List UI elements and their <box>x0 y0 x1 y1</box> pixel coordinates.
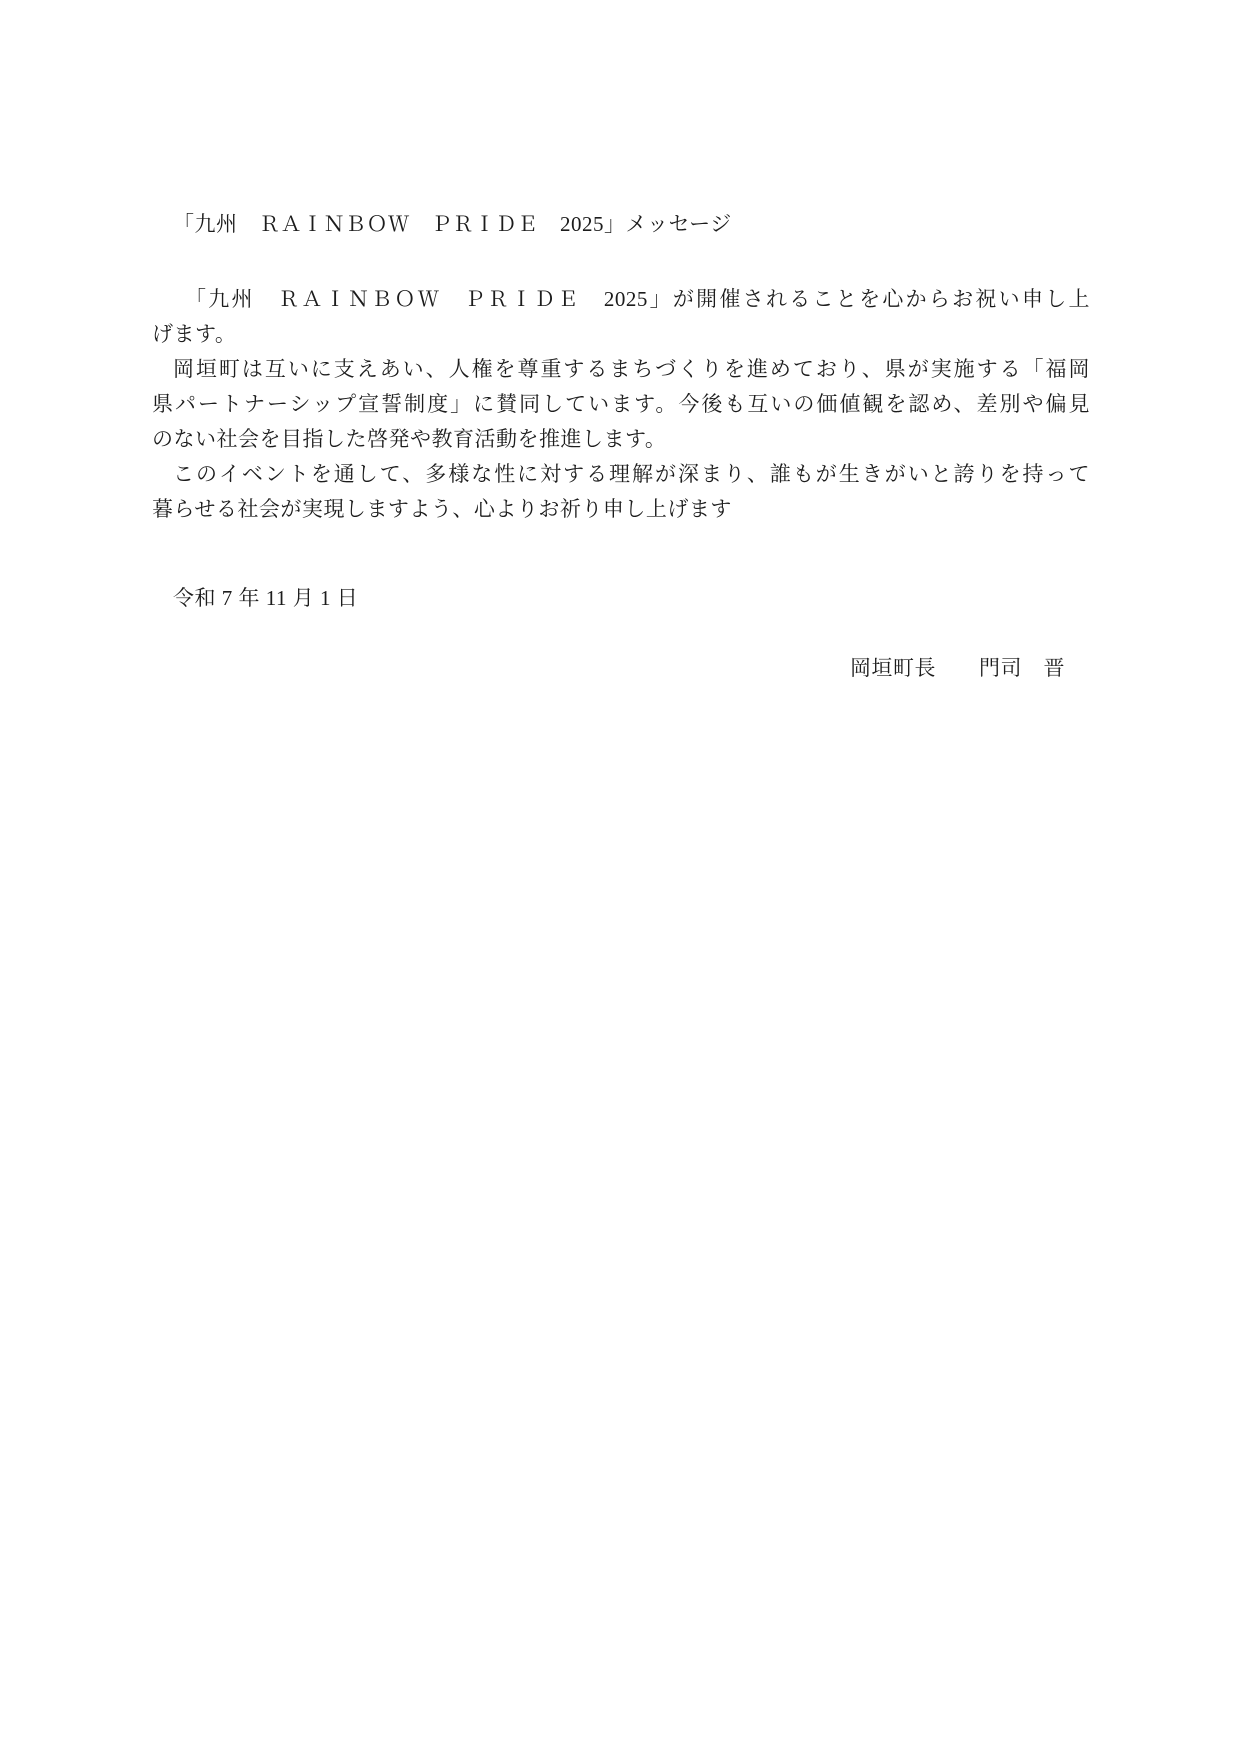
body-line-2: げます。 <box>152 317 1090 352</box>
body-line-7: 暮らせる社会が実現しますよう、心よりお祈り申し上げます <box>152 492 1090 527</box>
letter-page: 「九州 ＲＡＩＮＢＯＷ ＰＲＩＤＥ 2025」メッセージ 「九州 ＲＡＩＮＢＯＷ… <box>0 0 1241 1755</box>
body-line-4: 県パートナーシップ宣誓制度」に賛同しています。今後も互いの価値観を認め、差別や偏… <box>152 387 1090 422</box>
date-line: 令和 7 年 11 月 1 日 <box>152 581 1090 616</box>
letter-body: 「九州 ＲＡＩＮＢＯＷ ＰＲＩＤＥ 2025」が開催されることを心からお祝い申し… <box>152 282 1090 527</box>
body-line-6: このイベントを通して、多様な性に対する理解が深まり、誰もが生きがいと誇りを持って <box>152 457 1090 492</box>
body-line-3: 岡垣町は互いに支えあい、人権を尊重するまちづくりを進めており、県が実施する「福岡 <box>152 352 1090 387</box>
body-line-1: 「九州 ＲＡＩＮＢＯＷ ＰＲＩＤＥ 2025」が開催されることを心からお祝い申し… <box>152 282 1090 317</box>
body-line-5: のない社会を目指した啓発や教育活動を推進します。 <box>152 422 1090 457</box>
signature-line: 岡垣町長 門司 晋 <box>152 651 1090 686</box>
letter-title: 「九州 ＲＡＩＮＢＯＷ ＰＲＩＤＥ 2025」メッセージ <box>152 207 1090 242</box>
letter-content: 「九州 ＲＡＩＮＢＯＷ ＰＲＩＤＥ 2025」メッセージ 「九州 ＲＡＩＮＢＯＷ… <box>0 0 1241 1755</box>
